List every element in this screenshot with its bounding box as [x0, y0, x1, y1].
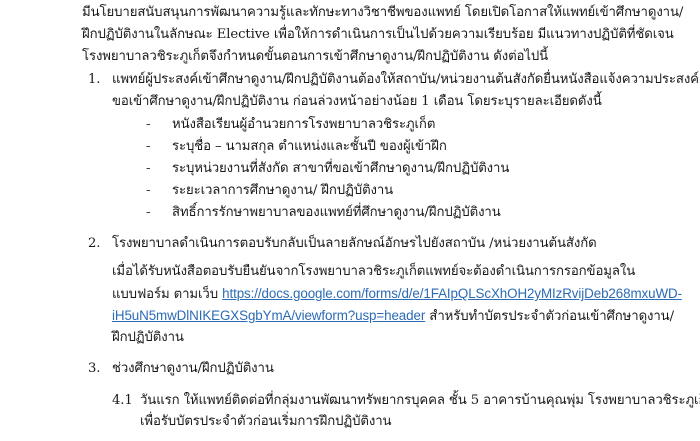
dash-icon: - [146, 137, 172, 157]
form-prefix-text: แบบฟอร์ม ตามเว็บ [112, 287, 222, 302]
intro-line-2: ฝึกปฏิบัติงานในลักษณะ Elective เพื่อให้ก… [82, 25, 674, 45]
google-form-link[interactable]: https://docs.google.com/forms/d/e/1FAIpQ… [222, 286, 682, 301]
bullet-item: -ระยะเวลาการศึกษาดูงาน/ ฝึกปฏิบัติงาน [146, 181, 393, 201]
step-text: แพทย์ผู้ประสงค์เข้าศึกษาดูงาน/ฝึกปฏิบัติ… [112, 72, 699, 87]
step-number: 2. [88, 234, 112, 254]
bullet-text: หนังสือเรียนผู้อำนวยการโรงพยาบาลวชิระภูเ… [172, 117, 435, 132]
bullet-item: -หนังสือเรียนผู้อำนวยการโรงพยาบาลวชิระภู… [146, 115, 435, 135]
step-1-heading: 1.แพทย์ผู้ประสงค์เข้าศึกษาดูงาน/ฝึกปฏิบั… [88, 70, 699, 90]
intro-line-3: โรงพยาบาลวชิระภูเก็ตจึงกำหนดขั้นตอนการเข… [82, 47, 548, 67]
step-1-line-2: ขอเข้าศึกษาดูงาน/ฝึกปฏิบัติงาน ก่อนล่วงห… [112, 92, 602, 112]
bullet-item: -สิทธิ์การรักษาพยาบาลของแพทย์ที่ศึกษาดูง… [146, 203, 501, 223]
step-2-heading: 2.โรงพยาบาลดำเนินการตอบรับกลับเป็นลายลัก… [88, 234, 597, 254]
step-2-para-line-3: iH5uN5mwDlNIKEGXSgbYmA/viewform?usp=head… [112, 306, 674, 327]
dash-icon: - [146, 115, 172, 135]
step-2-para-line-4: ฝึกปฏิบัติงาน [112, 328, 184, 348]
step-text: ช่วงศึกษาดูงาน/ฝึกปฏิบัติงาน [112, 361, 274, 376]
sub-item-4-1-line-2: เพื่อรับบัตรประจำตัวก่อนเริ่มการฝึกปฏิบั… [140, 412, 391, 432]
google-form-link-continued[interactable]: iH5uN5mwDlNIKEGXSgbYmA/viewform?usp=head… [112, 308, 425, 323]
sub-item-number: 4.1 [112, 391, 140, 411]
sub-item-4-1: 4.1วันแรก ให้แพทย์ติดต่อที่กลุ่มงานพัฒนา… [112, 391, 700, 411]
dash-icon: - [146, 159, 172, 179]
step-2-para-line-2: แบบฟอร์ม ตามเว็บ https://docs.google.com… [112, 284, 682, 305]
bullet-text: ระบุหน่วยงานที่สังกัด สาขาที่ขอเข้าศึกษา… [172, 161, 509, 176]
step-number: 3. [88, 359, 112, 379]
step-2-para-line-1: เมื่อได้รับหนังสือตอบรับยืนยันจากโรงพยาบ… [112, 262, 635, 282]
sub-item-text: วันแรก ให้แพทย์ติดต่อที่กลุ่มงานพัฒนาทรั… [140, 393, 700, 408]
step-number: 1. [88, 70, 112, 90]
bullet-text: สิทธิ์การรักษาพยาบาลของแพทย์ที่ศึกษาดูงา… [172, 205, 501, 220]
form-suffix-text: สำหรับทำบัตรประจำตัวก่อนเข้าศึกษาดูงาน/ [425, 309, 674, 324]
step-text: โรงพยาบาลดำเนินการตอบรับกลับเป็นลายลักษณ… [112, 236, 597, 251]
dash-icon: - [146, 181, 172, 201]
bullet-text: ระยะเวลาการศึกษาดูงาน/ ฝึกปฏิบัติงาน [172, 183, 393, 198]
intro-line-1: มีนโยบายสนับสนุนการพัฒนาความรู้และทักษะท… [82, 3, 683, 23]
bullet-item: -ระบุหน่วยงานที่สังกัด สาขาที่ขอเข้าศึกษ… [146, 159, 509, 179]
bullet-text: ระบุชื่อ – นามสกุล ตำแหน่งและชั้นปี ของผ… [172, 139, 447, 154]
step-3-heading: 3.ช่วงศึกษาดูงาน/ฝึกปฏิบัติงาน [88, 359, 274, 379]
dash-icon: - [146, 203, 172, 223]
bullet-item: -ระบุชื่อ – นามสกุล ตำแหน่งและชั้นปี ของ… [146, 137, 447, 157]
